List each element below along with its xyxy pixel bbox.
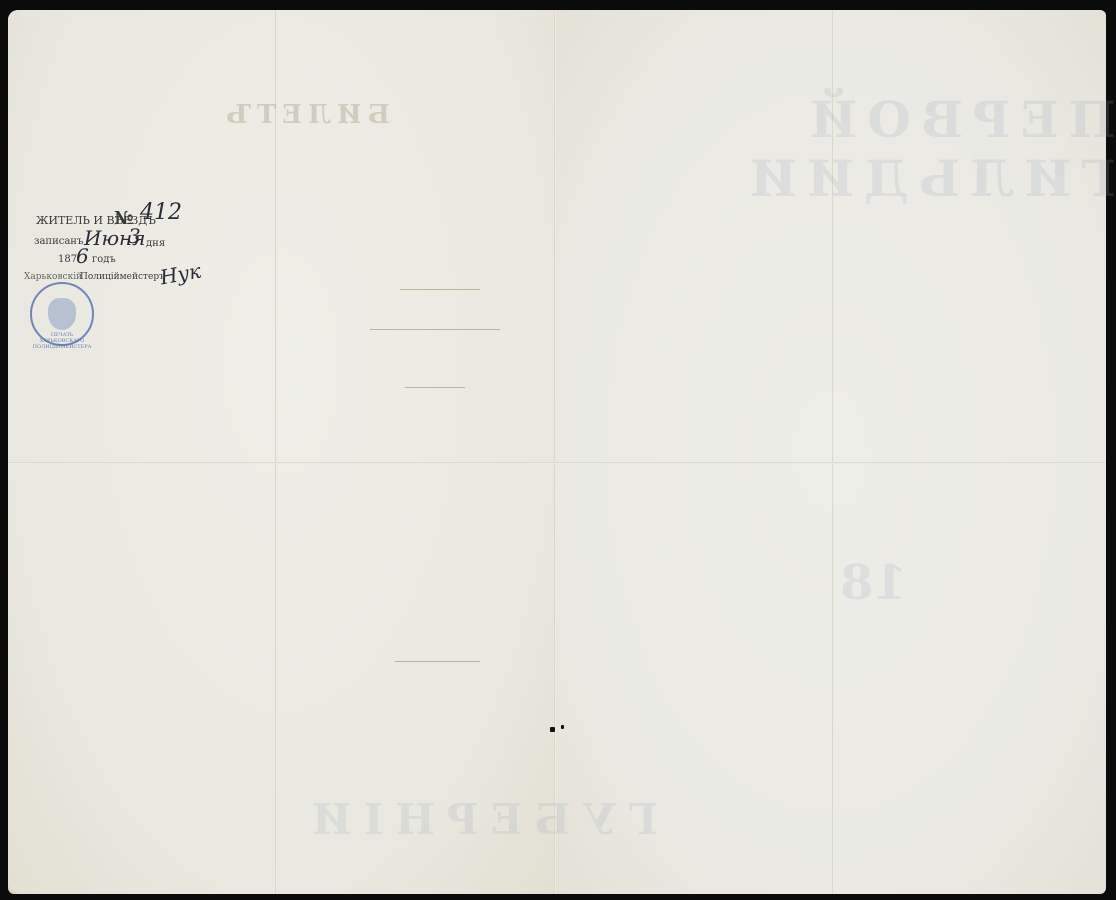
registration-number: 412	[140, 200, 182, 225]
ink-blot-small	[561, 725, 564, 729]
bleed-through-banner: ГУБЕРНІИ	[300, 795, 658, 844]
left-panel	[8, 10, 554, 894]
office-right: Полиціймейстеръ	[80, 272, 165, 282]
bleed-through-number: 18	[840, 555, 907, 611]
ink-blot	[550, 727, 555, 732]
coat-of-arms-icon	[48, 298, 76, 330]
stamp-text: ПЕЧАТЬ ХАРЬКОВСКАГО ПОЛИЦІЙМЕЙСТЕРА	[32, 332, 92, 350]
year-printed: 187	[58, 254, 77, 265]
year-handwritten: 6	[76, 244, 89, 268]
bleed-through-title-right: ПЕРВОЙ ГИЛЬДИИ	[600, 90, 1116, 208]
fold-line-vertical-1	[275, 10, 277, 894]
faded-rule-3	[405, 387, 465, 388]
office-left: Харьковскій	[24, 272, 82, 282]
date-suffix: дня	[146, 238, 165, 249]
faded-rule-4	[395, 661, 480, 662]
bleed-through-title-left: БИЛЕТЪ	[220, 100, 390, 130]
date-day: 3	[128, 224, 141, 248]
faded-rule-1	[400, 289, 480, 290]
year-suffix: годъ	[92, 254, 116, 265]
faded-rule-2	[370, 329, 500, 330]
police-stamp: ПЕЧАТЬ ХАРЬКОВСКАГО ПОЛИЦІЙМЕЙСТЕРА	[30, 282, 94, 346]
fold-line-horizontal	[8, 462, 1106, 464]
fold-line-vertical-center	[554, 10, 556, 894]
